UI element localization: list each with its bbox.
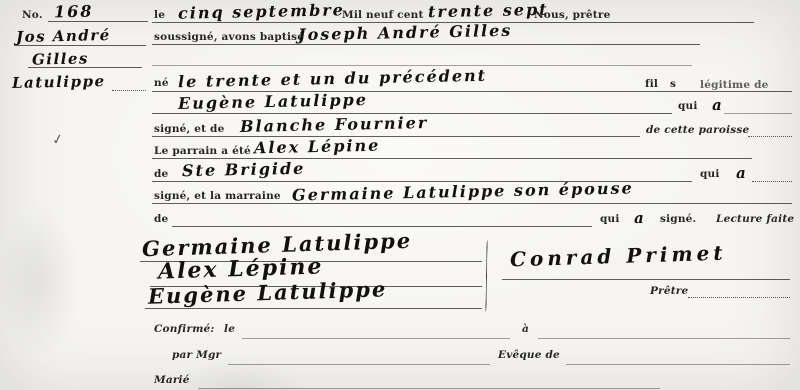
form-label-a: à <box>522 323 529 335</box>
mother-name-handwriting: Blanche Fournier <box>240 113 429 136</box>
priest-signature: Conrad Primet <box>510 241 727 272</box>
rule <box>14 45 146 46</box>
form-label-de-3: de <box>154 213 168 225</box>
godfather-name-handwriting: Alex Lépine <box>254 136 381 158</box>
form-label-fil: fil <box>645 78 658 90</box>
birth-date-handwriting: le trente et un du précédent <box>178 66 487 91</box>
godmother-name-handwriting: Germaine Latulippe son épouse <box>292 178 634 204</box>
rule <box>752 181 792 182</box>
form-label-signe-2: signé. <box>660 213 696 225</box>
margin-name-line-1: Jos André <box>16 26 111 46</box>
form-label-qui-2: qui <box>700 168 720 180</box>
form-label-marie: Marié <box>154 374 190 386</box>
form-label-soussigne: soussigné, avons baptisé <box>154 31 304 43</box>
rule <box>152 203 792 204</box>
signature-divider-line <box>485 240 487 312</box>
form-label-eveque-de: Evêque de <box>498 349 560 361</box>
form-label-marraine: signé, et la marraine <box>154 190 281 202</box>
margin-name-line-3: Latulippe <box>12 72 106 92</box>
form-label-qui-1: qui <box>678 100 698 112</box>
margin-name-line-2: Gilles <box>32 49 89 68</box>
rule <box>242 338 510 339</box>
rule <box>28 67 142 68</box>
form-label-confirme-le: le <box>224 323 235 335</box>
check-mark: ✓ <box>50 131 65 149</box>
qui-a-2-handwriting: a <box>736 164 748 182</box>
rule <box>145 308 482 309</box>
rule <box>172 226 592 227</box>
rule <box>198 388 660 389</box>
baptism-register-scan: No. 168 Jos André Gilles Latulippe ✓ le … <box>0 0 800 390</box>
form-label-qui-3: qui <box>600 213 620 225</box>
form-label-mil-neuf-cent: Mil neuf cent <box>342 9 424 21</box>
form-label-par-mgr: par Mgr <box>172 349 221 361</box>
form-label-legitime-de: légitime de <box>700 79 769 91</box>
form-label-le: le <box>154 9 165 21</box>
rule <box>502 279 790 280</box>
form-label-nous-pretre: Nous, prêtre <box>534 9 610 21</box>
rule <box>538 338 790 339</box>
form-label-fil-s: s <box>670 78 676 90</box>
record-number-label: No. <box>22 9 43 21</box>
form-label-lecture-faite: Lecture faite <box>716 213 794 225</box>
rule <box>748 136 792 137</box>
form-label-de-2: de <box>154 168 168 180</box>
form-label-de-cette-paroisse: de cette paroisse <box>646 124 749 136</box>
godfather-place-handwriting: Ste Brigide <box>182 159 306 181</box>
qui-a-3-handwriting: a <box>634 209 646 227</box>
rule <box>566 364 790 365</box>
form-label-ne: né <box>154 77 169 89</box>
baptized-name-handwriting: Joseph André Gilles <box>298 21 513 44</box>
rule <box>152 136 640 137</box>
rule <box>112 90 146 91</box>
rule <box>152 158 752 159</box>
qui-a-1-handwriting: a <box>712 96 724 114</box>
form-label-confirme: Confirmé: <box>154 323 215 335</box>
baptism-date-handwriting: cinq septembre <box>178 0 345 22</box>
year-handwriting: trente sept <box>428 0 549 21</box>
rule <box>688 297 790 298</box>
rule <box>48 21 148 22</box>
form-label-pretre: Prêtre <box>650 285 688 297</box>
father-name-handwriting: Eugène Latulippe <box>178 90 368 113</box>
rule <box>724 113 792 114</box>
form-label-signe-et-de: signé, et de <box>154 123 224 135</box>
rule <box>152 44 700 45</box>
form-label-parrain: Le parrain a été <box>154 145 251 157</box>
rule <box>152 65 692 66</box>
rule <box>228 364 490 365</box>
record-number-value: 168 <box>54 2 94 22</box>
